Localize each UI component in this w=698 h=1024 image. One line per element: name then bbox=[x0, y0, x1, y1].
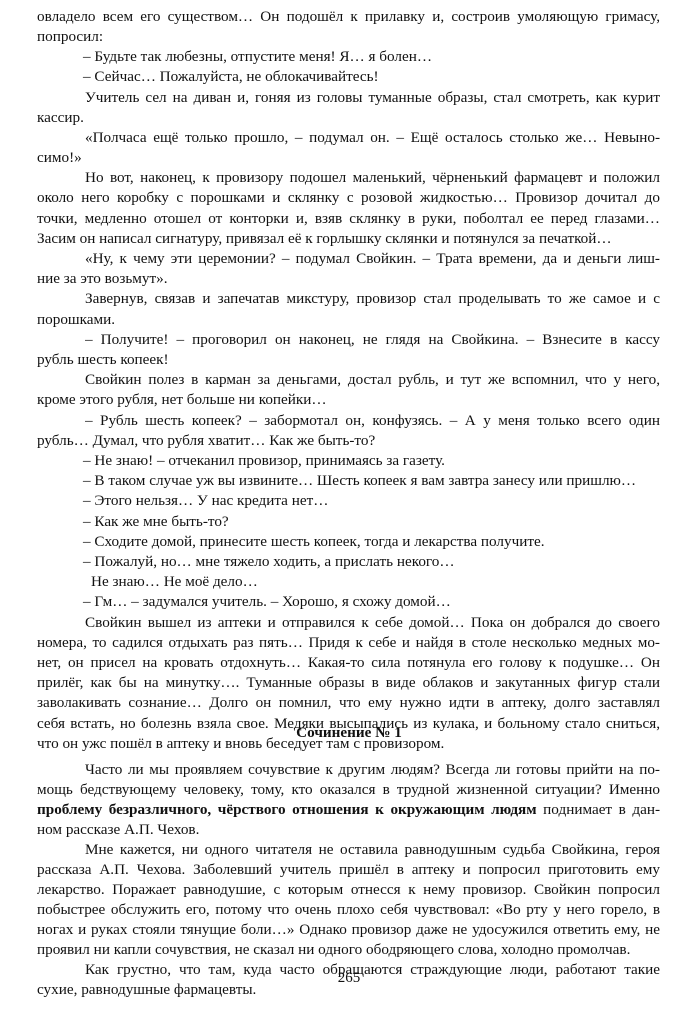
story-line: – Не знаю! – отчеканил провизор, принима… bbox=[83, 451, 660, 471]
essay-heading: Сочинение № 1 bbox=[0, 723, 698, 743]
document-page: овладело всем его существом… Он подошёл … bbox=[0, 0, 698, 1024]
story-line: Не знаю… Не моё дело… bbox=[91, 572, 668, 592]
essay-line: рассказа А.П. Чехова. Заболевший учитель… bbox=[37, 860, 660, 880]
story-line: овладело всем его существом… Он подошёл … bbox=[37, 7, 660, 27]
story-line: номера, то садился отдыхать раз пять… Пр… bbox=[37, 633, 660, 653]
story-line: попросил: bbox=[37, 27, 660, 47]
story-line: порошками. bbox=[37, 310, 660, 330]
story-line: около него коробку с порошками и склянку… bbox=[37, 188, 660, 208]
story-line: рубль… Думал, что рубля хватит… Как же б… bbox=[37, 431, 660, 451]
essay-problem-statement: проблему безразличного, чёрствого отноше… bbox=[37, 801, 537, 818]
story-line: – В таком случае уж вы извините… Шесть к… bbox=[83, 471, 660, 491]
story-line: – Сходите домой, принесите шесть копеек,… bbox=[83, 532, 660, 552]
story-line: – Рубль шесть копеек? – забормотал он, к… bbox=[85, 411, 660, 431]
story-line: Но вот, наконец, к провизору подошел мал… bbox=[85, 168, 660, 188]
essay-line: лекарство. Поражает равнодушие, с которы… bbox=[37, 880, 660, 900]
story-line: «Полчаса ещё только прошло, – подумал он… bbox=[85, 128, 660, 148]
story-line: Завернув, связав и запечатав микстуру, п… bbox=[85, 289, 660, 309]
story-line: – Гм… – задумался учитель. – Хорошо, я с… bbox=[83, 592, 660, 612]
story-line: – Этого нельзя… У нас кредита нет… bbox=[83, 491, 660, 511]
story-line: кроме этого рубля, нет больше ни копейки… bbox=[37, 390, 660, 410]
essay-line: Мне кажется, ни одного читателя не остав… bbox=[85, 840, 660, 860]
story-line: заволакивать сознание… Долго он помнил, … bbox=[37, 693, 660, 713]
story-line: «Ну, к чему эти церемонии? – подумал Сво… bbox=[85, 249, 660, 269]
story-line: кассир. bbox=[37, 108, 660, 128]
story-line: Учитель сел на диван и, гоняя из головы … bbox=[85, 88, 660, 108]
story-line: ние за это возьмут». bbox=[37, 269, 660, 289]
essay-line: ном рассказе А.П. Чехов. bbox=[37, 820, 660, 840]
story-line: Свойкин полез в карман за деньгами, дост… bbox=[85, 370, 660, 390]
story-line: – Получите! – проговорил он наконец, не … bbox=[85, 330, 660, 350]
story-line: Свойкин вышел из аптеки и отправился к с… bbox=[85, 613, 660, 633]
story-line: симо!» bbox=[37, 148, 660, 168]
essay-line: проблему безразличного, чёрствого отноше… bbox=[37, 800, 660, 820]
essay-line: побыстрее обслужить его, потому что очен… bbox=[37, 900, 660, 920]
story-line: – Сейчас… Пожалуйста, не облокачивайтесь… bbox=[83, 67, 660, 87]
story-line: – Как же мне быть-то? bbox=[83, 512, 660, 532]
story-line: прилёг, как бы на минутку…. Туманные обр… bbox=[37, 673, 660, 693]
essay-line: мощь бедствующему человеку, тому, кто ок… bbox=[37, 780, 660, 800]
story-line: нет, он присел на кровать отдохнуть… Как… bbox=[37, 653, 660, 673]
essay-line: проявил ни капли сочувствия, не сказал н… bbox=[37, 940, 660, 960]
story-line: – Пожалуй, но… мне тяжело ходить, а прис… bbox=[83, 552, 660, 572]
story-line: рубль шесть копеек! bbox=[37, 350, 660, 370]
story-line: Засим он написал сигнатуру, привязал её … bbox=[37, 229, 660, 249]
essay-line: ногах и руках стояли тянущие боли…» Одна… bbox=[37, 920, 660, 940]
story-line: – Будьте так любезны, отпустите меня! Я…… bbox=[83, 47, 660, 67]
essay-line: Часто ли мы проявляем сочувствие к други… bbox=[85, 760, 660, 780]
page-number: 265 bbox=[0, 968, 698, 988]
essay-line-tail: поднимает в дан- bbox=[537, 801, 660, 818]
story-line: точки, медленно отошел от конторки и, вз… bbox=[37, 209, 660, 229]
